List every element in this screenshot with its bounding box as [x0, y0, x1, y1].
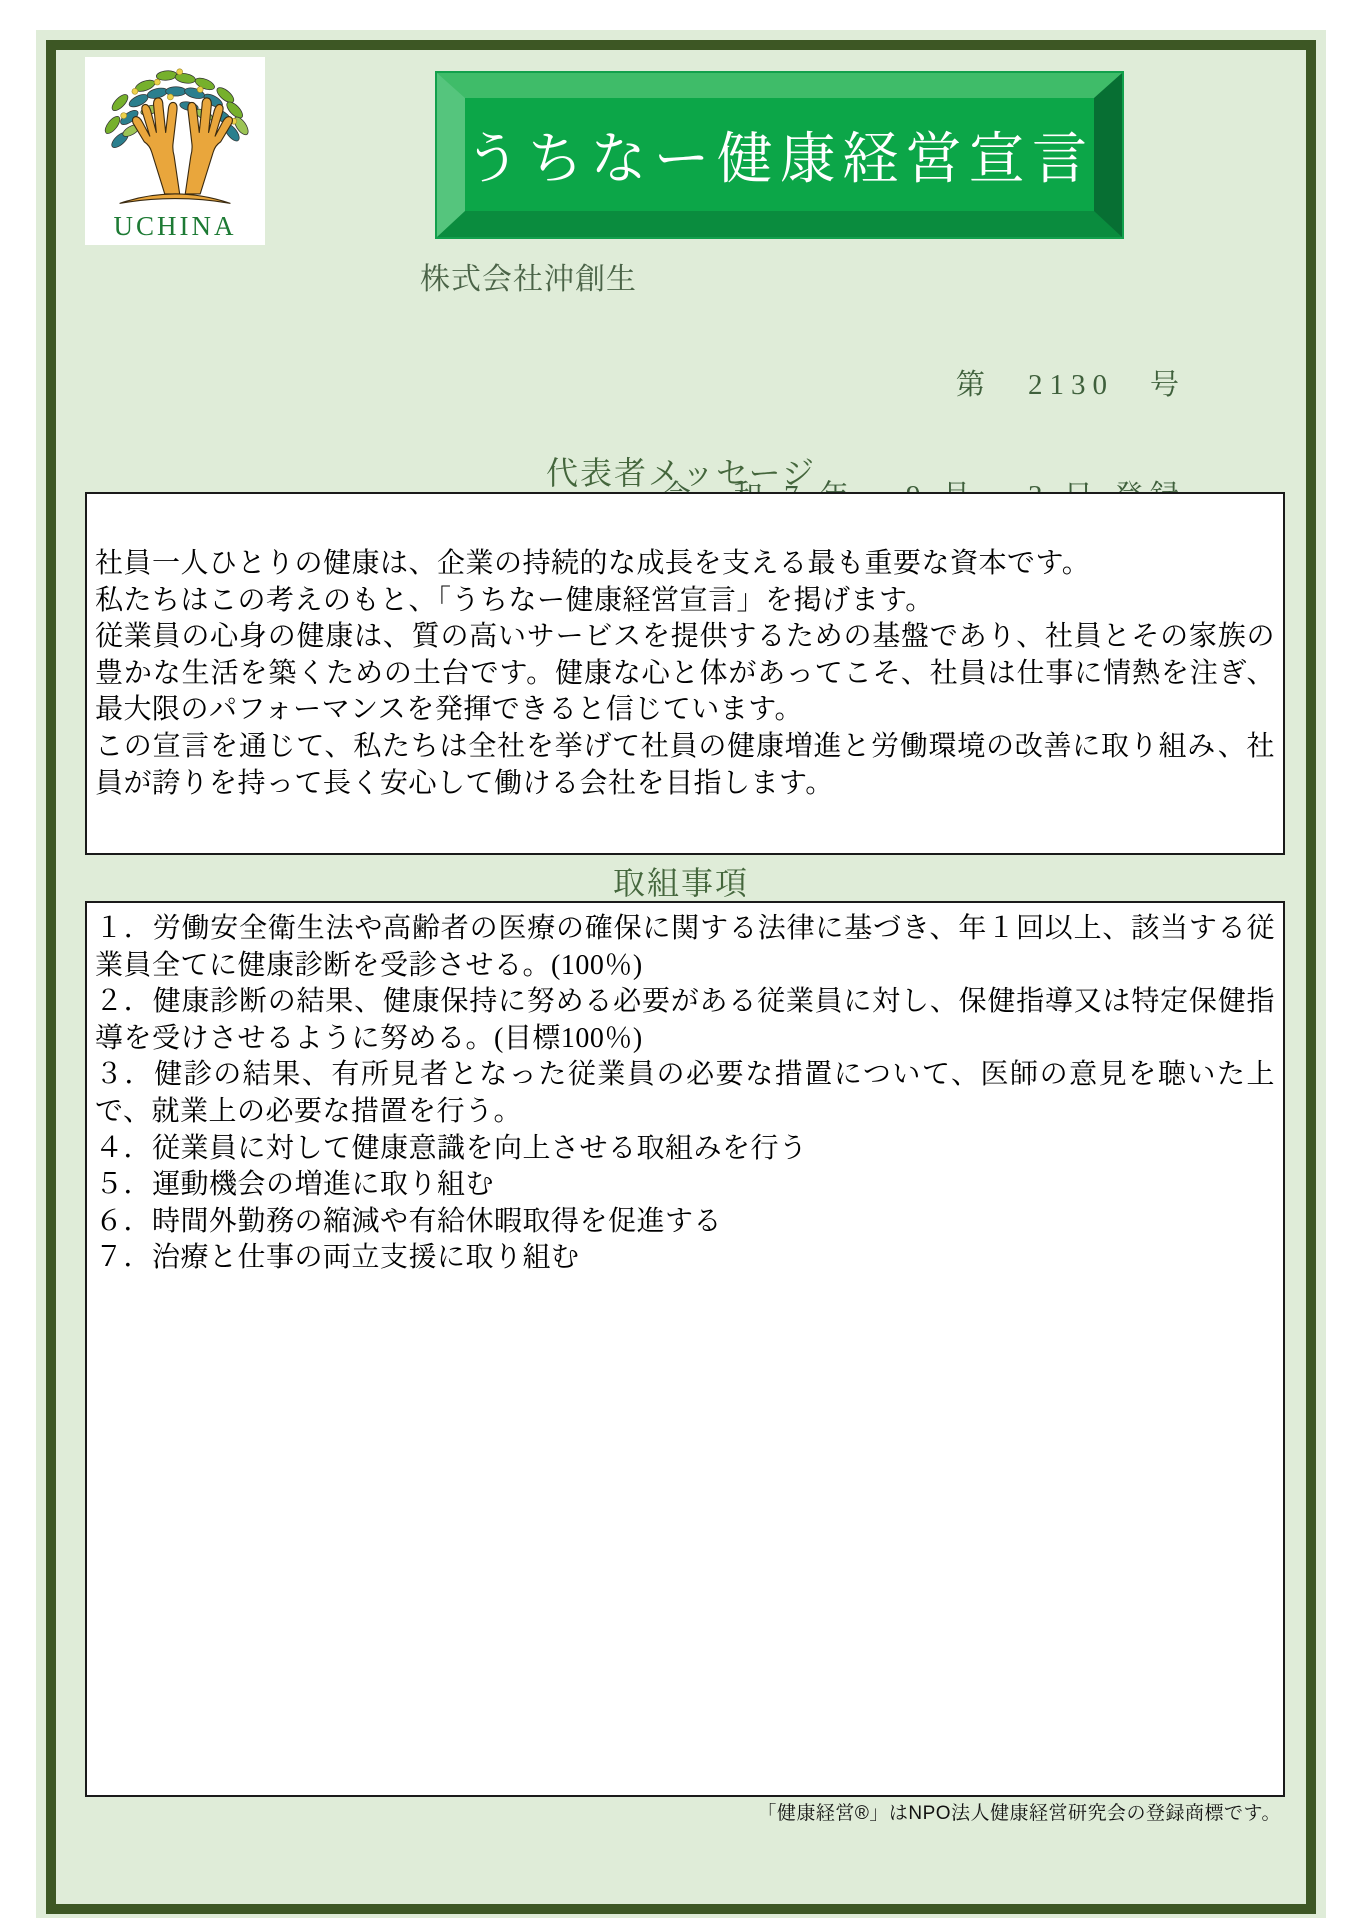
uchina-logo: UCHINA	[85, 57, 265, 245]
message-section-heading: 代表者メッセージ	[56, 448, 1306, 494]
message-paragraph: 社員一人ひとりの健康は、企業の持続的な成長を支える最も重要な資本です。	[95, 546, 1275, 583]
certificate-content: UCHINA うちなー健康経営宣言 株式会社沖創生 第 2130 号 令 和 7…	[56, 50, 1306, 1904]
initiative-item: ７．治療と仕事の両立支援に取り組む	[95, 1240, 1275, 1277]
message-paragraph: 私たちはこの考えのもと、「うちなー健康経営宣言」を掲げます。	[95, 583, 1275, 620]
initiative-item: ３．健診の結果、有所見者となった従業員の必要な措置について、医師の意見を聴いた上…	[95, 1057, 1275, 1130]
registration-number: 第 2130 号	[662, 367, 1186, 404]
initiative-item: ４．従業員に対して健康意識を向上させる取組みを行う	[95, 1131, 1275, 1168]
title-banner: うちなー健康経営宣言	[437, 73, 1122, 237]
initiatives-section-heading: 取組事項	[56, 858, 1306, 904]
initiative-item: １．労働安全衛生法や高齢者の医療の確保に関する法律に基づき、年１回以上、該当する…	[95, 911, 1275, 984]
tree-hands-icon	[92, 63, 258, 213]
initiative-item: ５．運動機会の増進に取り組む	[95, 1167, 1275, 1204]
trademark-note: 「健康経営®」はNPO法人健康経営研究会の登録商標です。	[757, 1798, 1281, 1825]
message-box: 社員一人ひとりの健康は、企業の持続的な成長を支える最も重要な資本です。 私たちは…	[85, 492, 1285, 855]
certificate-panel: UCHINA うちなー健康経営宣言 株式会社沖創生 第 2130 号 令 和 7…	[36, 30, 1326, 1918]
initiatives-box: １．労働安全衛生法や高齢者の医療の確保に関する法律に基づき、年１回以上、該当する…	[85, 901, 1285, 1797]
message-paragraph: この宣言を通じて、私たちは全社を挙げて社員の健康増進と労働環境の改善に取り組み、…	[95, 729, 1275, 802]
document-title: うちなー健康経営宣言	[465, 115, 1095, 195]
initiative-item: ２．健康診断の結果、健康保持に努める必要がある従業員に対し、保健指導又は特定保健…	[95, 984, 1275, 1057]
certificate-frame: UCHINA うちなー健康経営宣言 株式会社沖創生 第 2130 号 令 和 7…	[46, 40, 1316, 1914]
company-name: 株式会社沖創生	[420, 254, 637, 298]
declaration-document: { "logo": { "label": "UCHINA" }, "title_…	[0, 0, 1363, 1928]
message-paragraph: 従業員の心身の健康は、質の高いサービスを提供するための基盤であり、社員とその家族…	[95, 619, 1275, 729]
initiative-item: ６．時間外勤務の縮減や有給休暇取得を促進する	[95, 1204, 1275, 1241]
logo-wordmark: UCHINA	[85, 213, 265, 240]
